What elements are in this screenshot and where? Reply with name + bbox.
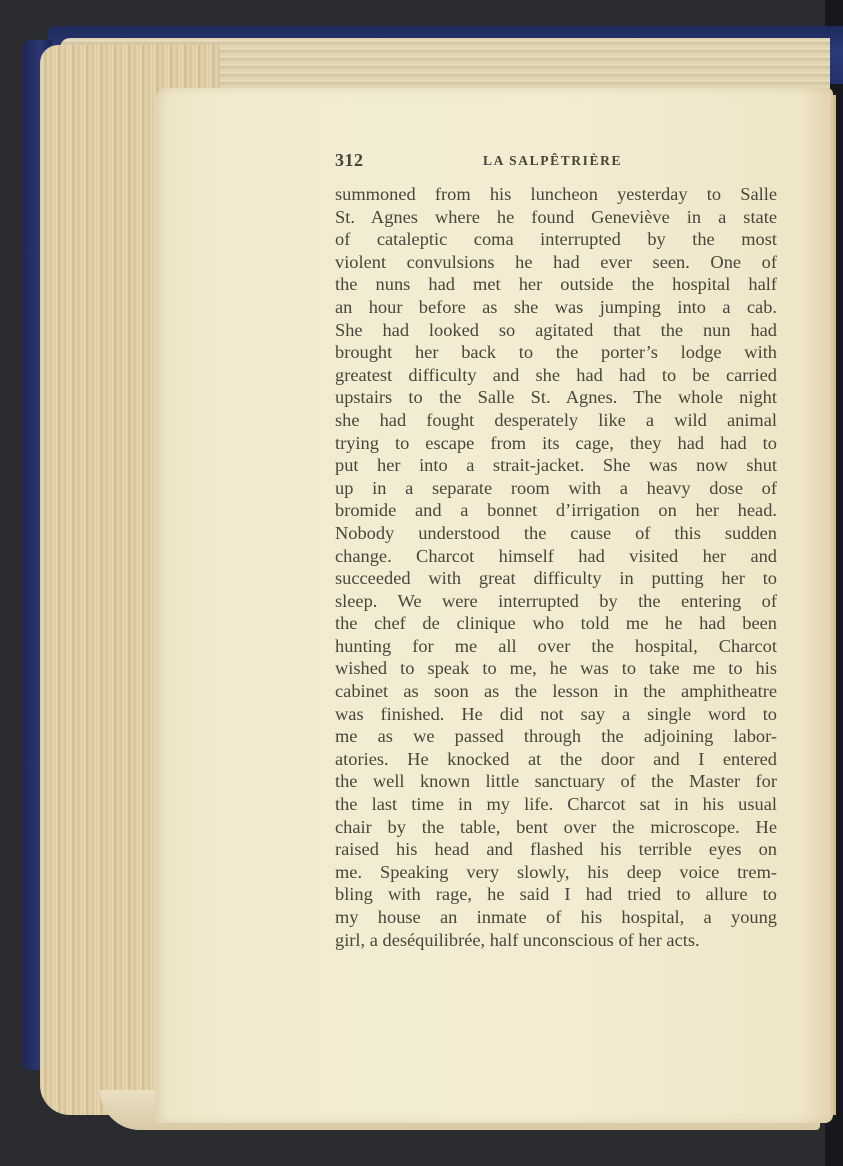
page-right-edge <box>828 95 836 1115</box>
text-line: was finished. He did not say a single wo… <box>335 703 777 726</box>
text-line: she had fought desperately like a wild a… <box>335 409 777 432</box>
text-line: St. Agnes where he found Geneviève in a … <box>335 206 777 229</box>
running-head: 312 LA SALPÊTRIÈRE <box>335 150 780 174</box>
text-line: the well known little sanctuary of the M… <box>335 770 777 793</box>
text-line: summoned from his luncheon yesterday to … <box>335 183 777 206</box>
text-line: up in a separate room with a heavy dose … <box>335 477 777 500</box>
text-line: the chef de clinique who told me he had … <box>335 612 777 635</box>
text-line: violent convulsions he had ever seen. On… <box>335 251 777 274</box>
text-line: sleep. We were interrupted by the enteri… <box>335 590 777 613</box>
text-line: change. Charcot himself had visited her … <box>335 545 777 568</box>
text-line: raised his head and flashed his terrible… <box>335 838 777 861</box>
text-line: Nobody understood the cause of this sudd… <box>335 522 777 545</box>
text-line: my house an inmate of his hospital, a yo… <box>335 906 777 929</box>
text-line: succeeded with great difficulty in putti… <box>335 567 777 590</box>
text-line: girl, a deséquilibrée, half unconscious … <box>335 929 777 952</box>
page-number: 312 <box>335 150 364 171</box>
text-line: trying to escape from its cage, they had… <box>335 432 777 455</box>
text-line: bromide and a bonnet d’irrigation on her… <box>335 499 777 522</box>
running-title: LA SALPÊTRIÈRE <box>483 153 622 169</box>
text-line: brought her back to the porter’s lodge w… <box>335 341 777 364</box>
text-line: me as we passed through the adjoining la… <box>335 725 777 748</box>
text-line: cabinet as soon as the lesson in the amp… <box>335 680 777 703</box>
text-line: the last time in my life. Charcot sat in… <box>335 793 777 816</box>
text-line: She had looked so agitated that the nun … <box>335 319 777 342</box>
text-line: hunting for me all over the hospital, Ch… <box>335 635 777 658</box>
text-line: wished to speak to me, he was to take me… <box>335 657 777 680</box>
text-line: bling with rage, he said I had tried to … <box>335 883 777 906</box>
body-text: summoned from his luncheon yesterday to … <box>335 183 777 951</box>
text-line: chair by the table, bent over the micros… <box>335 816 777 839</box>
text-line: me. Speaking very slowly, his deep voice… <box>335 861 777 884</box>
text-line: atories. He knocked at the door and I en… <box>335 748 777 771</box>
text-line: upstairs to the Salle St. Agnes. The who… <box>335 386 777 409</box>
text-line: an hour before as she was jumping into a… <box>335 296 777 319</box>
text-line: the nuns had met her outside the hospita… <box>335 273 777 296</box>
text-line: put her into a strait-jacket. She was no… <box>335 454 777 477</box>
text-line: greatest difficulty and she had had to b… <box>335 364 777 387</box>
text-line: of cataleptic coma interrupted by the mo… <box>335 228 777 251</box>
